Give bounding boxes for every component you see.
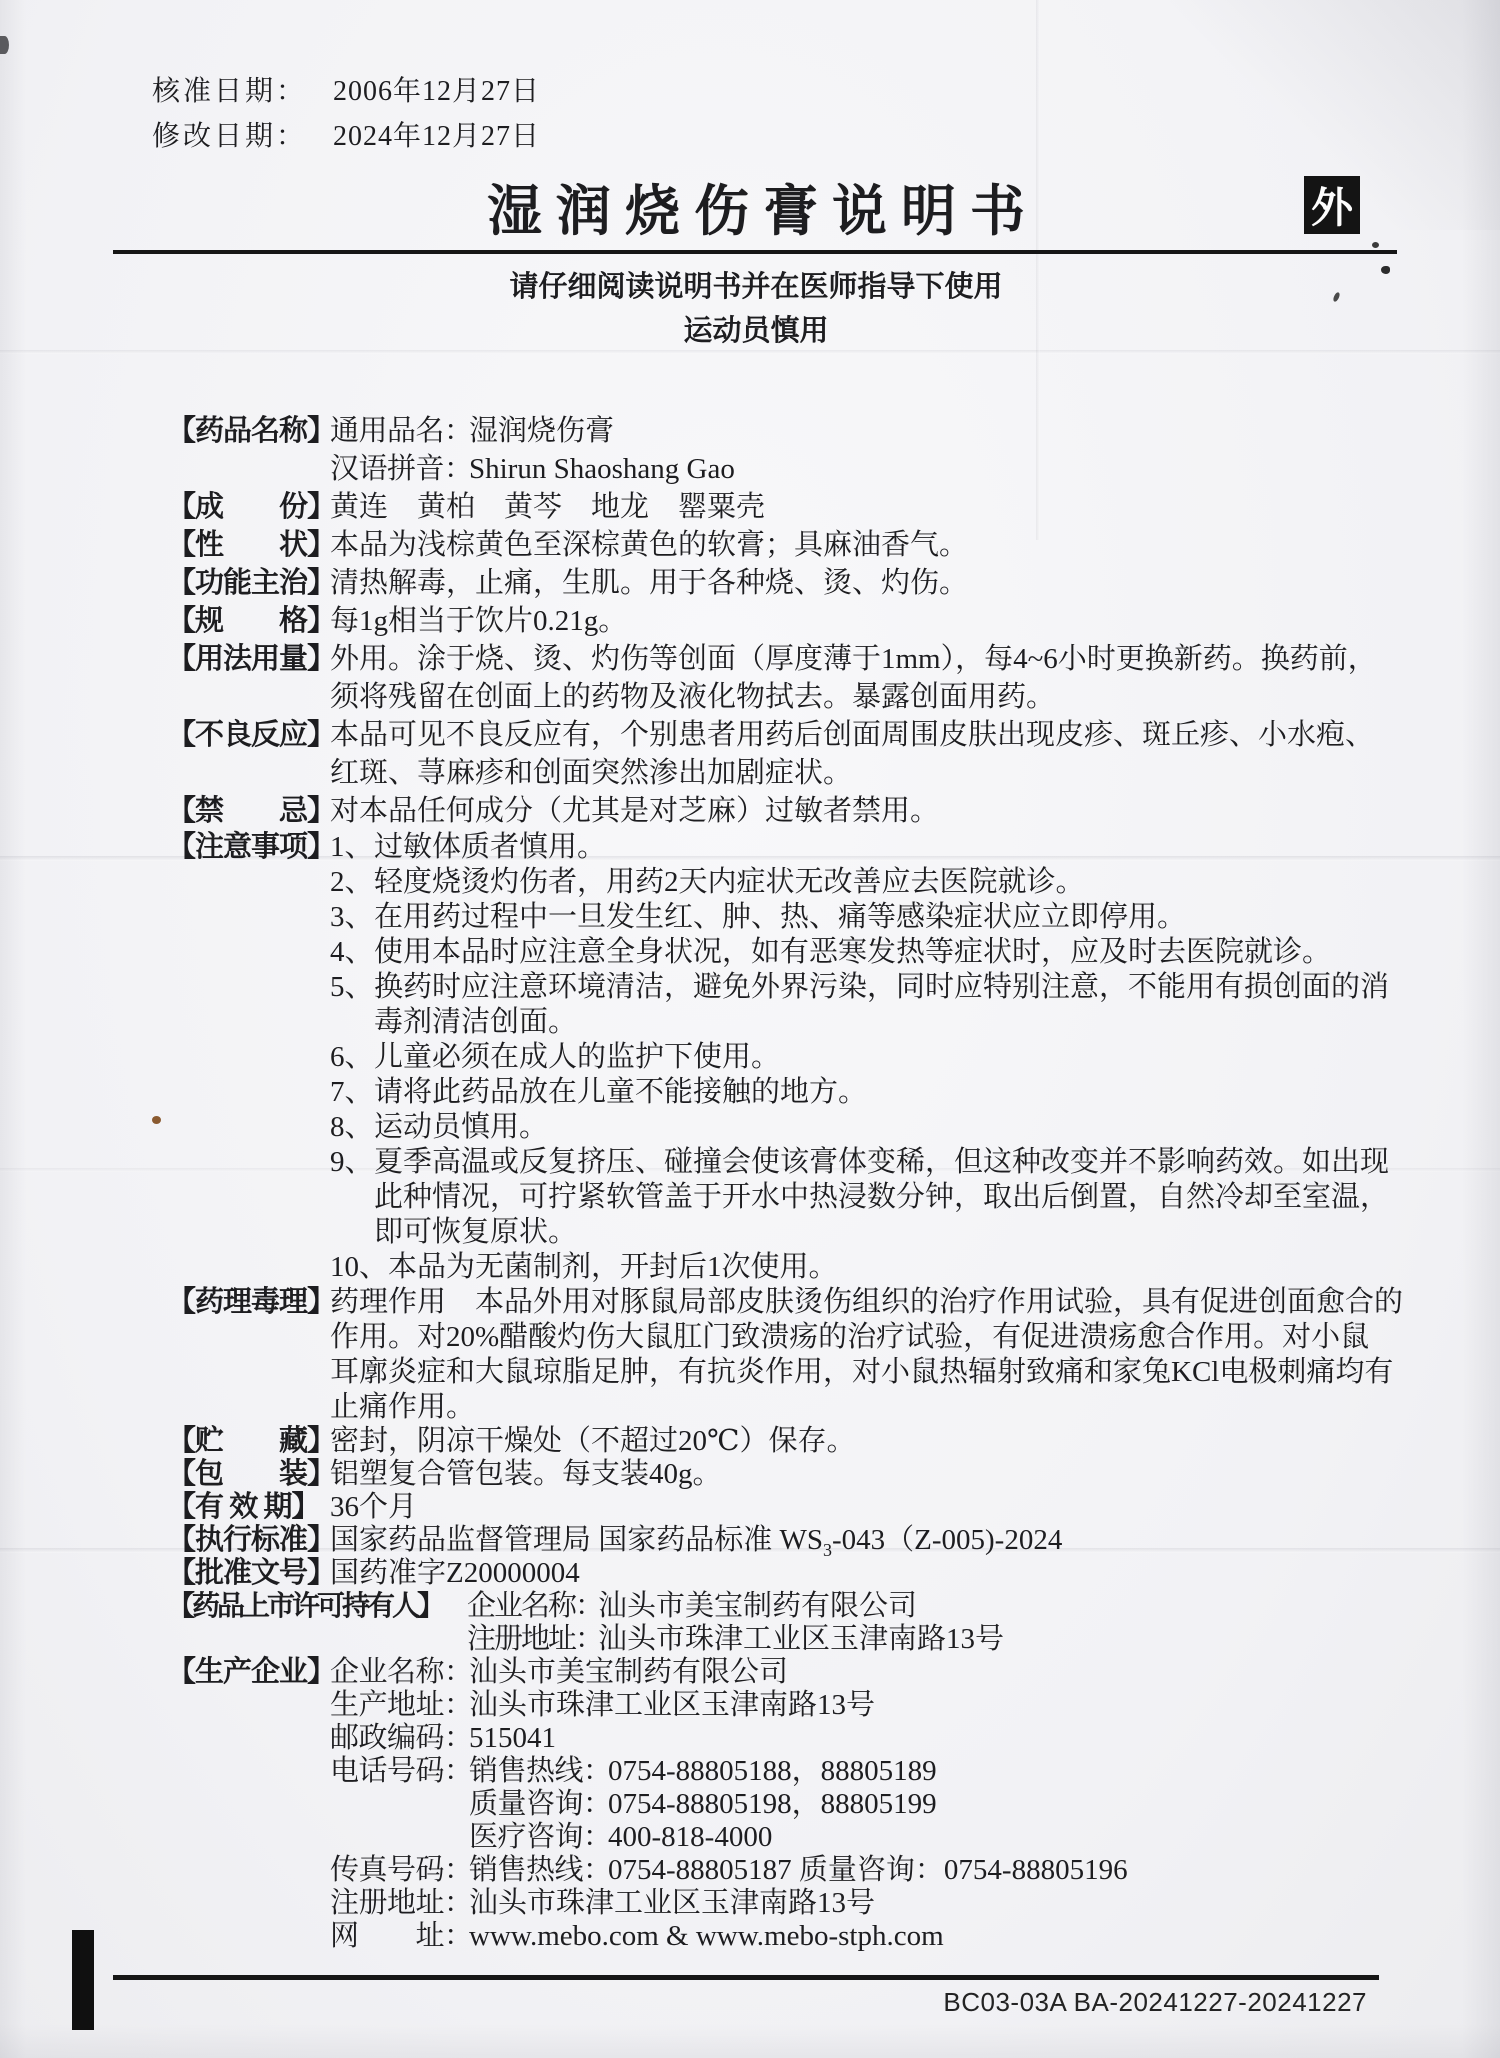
registered-address-row: 注册地址： 汕头市珠津工业区玉津南路13号 <box>330 1887 1407 1920</box>
section-text: 密封，阴凉干燥处（不超过20℃）保存。 <box>330 1425 1407 1458</box>
field-value: 400-818-4000 <box>608 1821 772 1854</box>
section-label: 【禁 忌】 <box>167 792 330 830</box>
notice-line-1: 请仔细阅读说明书并在医师指导下使用 <box>115 270 1397 304</box>
precaution-item: 3、 在用药过程中一旦发生红、肿、热、痛等感染症状应立即停用。 <box>330 900 1407 935</box>
section-text: 药理作用 本品外用对豚鼠局部皮肤烫伤组织的治疗作用试验，具有促进创面愈合的 <box>330 1285 1407 1320</box>
fax-row: 传真号码： 销售热线： 0754-88805187 质量咨询：0754-8880… <box>330 1854 1407 1887</box>
phone-type-label: 销售热线： <box>469 1755 608 1788</box>
item-text: 过敏体质者慎用。 <box>374 830 606 865</box>
approval-date-row: 核准日期： 2006年12月27日 <box>152 66 540 111</box>
notice-line-2: 运动员慎用 <box>115 314 1397 348</box>
section-storage: 【贮 藏】 密封，阴凉干燥处（不超过20℃）保存。 <box>167 1425 1407 1458</box>
scan-edge-mark <box>0 36 9 54</box>
dates-block: 核准日期： 2006年12月27日 修改日期： 2024年12月27日 <box>152 66 540 156</box>
paper-edge-shade <box>1462 0 1500 2058</box>
ink-speck <box>152 1116 161 1124</box>
section-label: 【性 状】 <box>167 526 330 564</box>
mah-company-row: 企业名称： 汕头市美宝制药有限公司 <box>467 1590 1407 1623</box>
section-label: 【药品上市许可持有人】 <box>167 1590 467 1656</box>
generic-name-row: 通用品名： 湿润烧伤膏 <box>330 412 1407 450</box>
item-text: 使用本品时应注意全身状况，如有恶寒发热等症状时，应及时去医院就诊。 <box>374 935 1331 970</box>
registration-mark-bar <box>72 1930 94 2030</box>
item-number: 8、 <box>330 1110 374 1145</box>
field-label: 生产地址： <box>330 1689 469 1722</box>
section-packaging: 【包 装】 铝塑复合管包装。每支装40g。 <box>167 1458 1407 1491</box>
field-value: 515041 <box>469 1722 556 1755</box>
item-number: 3、 <box>330 900 374 935</box>
section-ingredients: 【成 份】 黄连 黄柏 黄芩 地龙 罂粟壳 <box>167 488 1407 526</box>
field-value: 湿润烧伤膏 <box>469 412 614 450</box>
section-text: 作用。对20%醋酸灼伤大鼠肛门致溃疡的治疗试验，有促进溃疡愈合作用。对小鼠 <box>330 1320 1407 1355</box>
footer-divider <box>113 1975 1379 1980</box>
section-text: 红斑、荨麻疹和创面突然渗出加剧症状。 <box>330 754 1407 792</box>
field-value: 0754-88805187 质量咨询：0754-88805196 <box>608 1854 1128 1887</box>
standard-prefix: 国家药品监督管理局 国家药品标准 WS <box>330 1524 823 1556</box>
field-label: 网 址： <box>330 1920 469 1953</box>
pinyin-row: 汉语拼音： Shirun Shaoshang Gao <box>330 450 1407 488</box>
approval-date-label: 核准日期： <box>152 69 307 109</box>
precaution-item: 6、 儿童必须在成人的监护下使用。 <box>330 1040 1407 1075</box>
section-text: 须将残留在创面上的药物及液化物拭去。暴露创面用药。 <box>330 678 1407 716</box>
item-number: 5、 <box>330 970 374 1040</box>
section-text: 每1g相当于饮片0.21g。 <box>330 602 1407 640</box>
section-label: 【药理毒理】 <box>167 1285 330 1425</box>
field-value: 汕头市美宝制药有限公司 <box>598 1590 917 1623</box>
section-label: 【包 装】 <box>167 1458 330 1491</box>
revision-date-row: 修改日期： 2024年12月27日 <box>152 111 540 156</box>
section-validity: 【有 效 期】 36个月 <box>167 1491 1407 1524</box>
phone-type-label: 医疗咨询： <box>469 1821 608 1854</box>
item-text: 儿童必须在成人的监护下使用。 <box>374 1040 780 1075</box>
item-text: 运动员慎用。 <box>374 1110 548 1145</box>
field-label: 注册地址： <box>467 1623 598 1656</box>
section-text: 本品可见不良反应有，个别患者用药后创面周围皮肤出现皮疹、斑丘疹、小水疱、 <box>330 716 1407 754</box>
section-label: 【功能主治】 <box>167 564 330 602</box>
precaution-item: 8、 运动员慎用。 <box>330 1110 1407 1145</box>
section-label: 【规 格】 <box>167 602 330 640</box>
item-text: 换药时应注意环境清洁，避免外界污染，同时应特别注意，不能用有损创面的消 <box>374 970 1389 1005</box>
mah-address-row: 注册地址： 汕头市珠津工业区玉津南路13号 <box>467 1623 1407 1656</box>
section-text: 国家药品监督管理局 国家药品标准 WS3-043（Z-005)-2024 <box>330 1524 1407 1557</box>
precaution-item: 4、 使用本品时应注意全身状况，如有恶寒发热等症状时，应及时去医院就诊。 <box>330 935 1407 970</box>
field-label: 注册地址： <box>330 1887 469 1920</box>
section-text: 清热解毒，止痛，生肌。用于各种烧、烫、灼伤。 <box>330 564 1407 602</box>
section-pharmacology: 【药理毒理】 药理作用 本品外用对豚鼠局部皮肤烫伤组织的治疗作用试验，具有促进创… <box>167 1285 1407 1425</box>
item-text: 轻度烧烫灼伤者，用药2天内症状无改善应去医院就诊。 <box>374 865 1085 900</box>
section-text: 36个月 <box>330 1491 1407 1524</box>
section-text: 国药准字Z20000004 <box>330 1557 1407 1590</box>
item-text: 毒剂清洁创面。 <box>374 1005 1389 1040</box>
item-text: 本品为无菌制剂，开封后1次使用。 <box>388 1250 838 1285</box>
precaution-item: 7、 请将此药品放在儿童不能接触的地方。 <box>330 1075 1407 1110</box>
field-label: 企业名称： <box>330 1656 469 1689</box>
phone-type-label: 质量咨询： <box>469 1788 608 1821</box>
section-indications: 【功能主治】 清热解毒，止痛，生肌。用于各种烧、烫、灼伤。 <box>167 564 1407 602</box>
section-text: 耳廓炎症和大鼠琼脂足肿，有抗炎作用，对小鼠热辐射致痛和家兔KCl电极刺痛均有 <box>330 1355 1407 1390</box>
field-value: 汕头市美宝制药有限公司 <box>469 1656 788 1689</box>
section-text: 本品为浅棕黄色至深棕黄色的软膏；具麻油香气。 <box>330 526 1407 564</box>
section-standard: 【执行标准】 国家药品监督管理局 国家药品标准 WS3-043（Z-005)-2… <box>167 1524 1407 1557</box>
section-label: 【执行标准】 <box>167 1524 330 1557</box>
section-marketing-authorization-holder: 【药品上市许可持有人】 企业名称： 汕头市美宝制药有限公司 注册地址： 汕头市珠… <box>167 1590 1407 1656</box>
precaution-item: 1、 过敏体质者慎用。 <box>330 830 1407 865</box>
approval-date-value: 2006年12月27日 <box>333 69 540 109</box>
field-label: 通用品名： <box>330 412 469 450</box>
field-label <box>330 1821 469 1854</box>
item-text: 夏季高温或反复挤压、碰撞会使该膏体变稀，但这种改变并不影响药效。如出现 <box>374 1145 1389 1180</box>
manufacturer-address-row: 生产地址： 汕头市珠津工业区玉津南路13号 <box>330 1689 1407 1722</box>
paper-crease <box>0 350 1500 354</box>
section-text: 铝塑复合管包装。每支装40g。 <box>330 1458 1407 1491</box>
ink-speck <box>1372 242 1379 248</box>
item-number: 9、 <box>330 1145 374 1250</box>
precaution-item: 5、 换药时应注意环境清洁，避免外界污染，同时应特别注意，不能用有损创面的消 毒… <box>330 970 1407 1040</box>
website-row: 网 址： www.mebo.com & www.mebo-stph.com <box>330 1920 1407 1953</box>
field-label: 企业名称： <box>467 1590 598 1623</box>
phone-quality-row: 质量咨询： 0754-88805198，88805199 <box>330 1788 1407 1821</box>
section-label: 【有 效 期】 <box>167 1491 330 1524</box>
section-spec: 【规 格】 每1g相当于饮片0.21g。 <box>167 602 1407 640</box>
item-number: 10、 <box>330 1250 388 1285</box>
field-value: 汕头市珠津工业区玉津南路13号 <box>469 1887 875 1920</box>
item-number: 7、 <box>330 1075 374 1110</box>
document-code: BC03-03A BA-20241227-20241227 <box>943 1987 1367 2018</box>
section-label: 【生产企业】 <box>167 1656 330 1953</box>
section-label: 【成 份】 <box>167 488 330 526</box>
section-label: 【药品名称】 <box>167 412 330 488</box>
postal-code-row: 邮政编码： 515041 <box>330 1722 1407 1755</box>
item-number: 4、 <box>330 935 374 970</box>
field-value: 汕头市珠津工业区玉津南路13号 <box>598 1623 1004 1656</box>
section-label: 【批准文号】 <box>167 1557 330 1590</box>
item-text: 即可恢复原状。 <box>374 1215 1389 1250</box>
section-contraindication: 【禁 忌】 对本品任何成分（尤其是对芝麻）过敏者禁用。 <box>167 792 1407 830</box>
section-precautions: 【注意事项】 1、 过敏体质者慎用。 2、 轻度烧烫灼伤者，用药2天内症状无改善… <box>167 830 1407 1285</box>
section-properties: 【性 状】 本品为浅棕黄色至深棕黄色的软膏；具麻油香气。 <box>167 526 1407 564</box>
section-text: 对本品任何成分（尤其是对芝麻）过敏者禁用。 <box>330 792 1407 830</box>
section-label: 【不良反应】 <box>167 716 330 792</box>
phone-medical-row: 医疗咨询： 400-818-4000 <box>330 1821 1407 1854</box>
precaution-item: 9、 夏季高温或反复挤压、碰撞会使该膏体变稀，但这种改变并不影响药效。如出现 此… <box>330 1145 1407 1250</box>
paper-edge-shade <box>0 0 26 2058</box>
title-divider <box>113 250 1397 254</box>
package-insert-page: 核准日期： 2006年12月27日 修改日期： 2024年12月27日 湿润烧伤… <box>0 0 1500 2058</box>
section-label: 【注意事项】 <box>167 830 330 1285</box>
section-approval-number: 【批准文号】 国药准字Z20000004 <box>167 1557 1407 1590</box>
item-text: 在用药过程中一旦发生红、肿、热、痛等感染症状应立即停用。 <box>374 900 1186 935</box>
section-dosage: 【用法用量】 外用。涂于烧、烫、灼伤等创面（厚度薄于1mm），每4~6小时更换新… <box>167 640 1407 716</box>
phone-sales-row: 电话号码： 销售热线： 0754-88805188，88805189 <box>330 1755 1407 1788</box>
section-manufacturer: 【生产企业】 企业名称： 汕头市美宝制药有限公司 生产地址： 汕头市珠津工业区玉… <box>167 1656 1407 1953</box>
section-label: 【用法用量】 <box>167 640 330 716</box>
item-text: 请将此药品放在儿童不能接触的地方。 <box>374 1075 867 1110</box>
section-text: 外用。涂于烧、烫、灼伤等创面（厚度薄于1mm），每4~6小时更换新药。换药前， <box>330 640 1407 678</box>
section-adverse-reactions: 【不良反应】 本品可见不良反应有，个别患者用药后创面周围皮肤出现皮疹、斑丘疹、小… <box>167 716 1407 792</box>
field-value: 0754-88805198，88805199 <box>608 1788 937 1821</box>
item-number: 1、 <box>330 830 374 865</box>
field-label: 传真号码： <box>330 1854 469 1887</box>
page-title: 湿润烧伤膏说明书 <box>115 184 1397 240</box>
phone-type-label: 销售热线： <box>469 1854 608 1887</box>
section-drug-name: 【药品名称】 通用品名： 湿润烧伤膏 汉语拼音： Shirun Shaoshan… <box>167 412 1407 488</box>
revision-date-label: 修改日期： <box>152 114 307 154</box>
external-use-badge: 外 <box>1304 176 1360 234</box>
section-text: 黄连 黄柏 黄芩 地龙 罂粟壳 <box>330 488 1407 526</box>
precaution-item: 2、 轻度烧烫灼伤者，用药2天内症状无改善应去医院就诊。 <box>330 865 1407 900</box>
field-label <box>330 1788 469 1821</box>
field-value: Shirun Shaoshang Gao <box>469 450 735 488</box>
website-value: www.mebo.com & www.mebo-stph.com <box>469 1920 944 1953</box>
field-label: 邮政编码： <box>330 1722 469 1755</box>
precaution-item: 10、 本品为无菌制剂，开封后1次使用。 <box>330 1250 1407 1285</box>
item-number: 6、 <box>330 1040 374 1075</box>
field-value: 0754-88805188，88805189 <box>608 1755 937 1788</box>
item-number: 2、 <box>330 865 374 900</box>
section-text: 止痛作用。 <box>330 1390 1407 1425</box>
revision-date-value: 2024年12月27日 <box>333 114 540 154</box>
insert-body: 【药品名称】 通用品名： 湿润烧伤膏 汉语拼音： Shirun Shaoshan… <box>167 412 1407 1953</box>
standard-suffix: -043（Z-005)-2024 <box>832 1524 1062 1556</box>
field-value: 汕头市珠津工业区玉津南路13号 <box>469 1689 875 1722</box>
field-label: 电话号码： <box>330 1755 469 1788</box>
manufacturer-company-row: 企业名称： 汕头市美宝制药有限公司 <box>330 1656 1407 1689</box>
section-label: 【贮 藏】 <box>167 1425 330 1458</box>
field-label: 汉语拼音： <box>330 450 469 488</box>
paper-edge-shade <box>0 2024 1500 2058</box>
item-text: 此种情况，可拧紧软管盖于开水中热浸数分钟，取出后倒置，自然冷却至室温， <box>374 1180 1389 1215</box>
